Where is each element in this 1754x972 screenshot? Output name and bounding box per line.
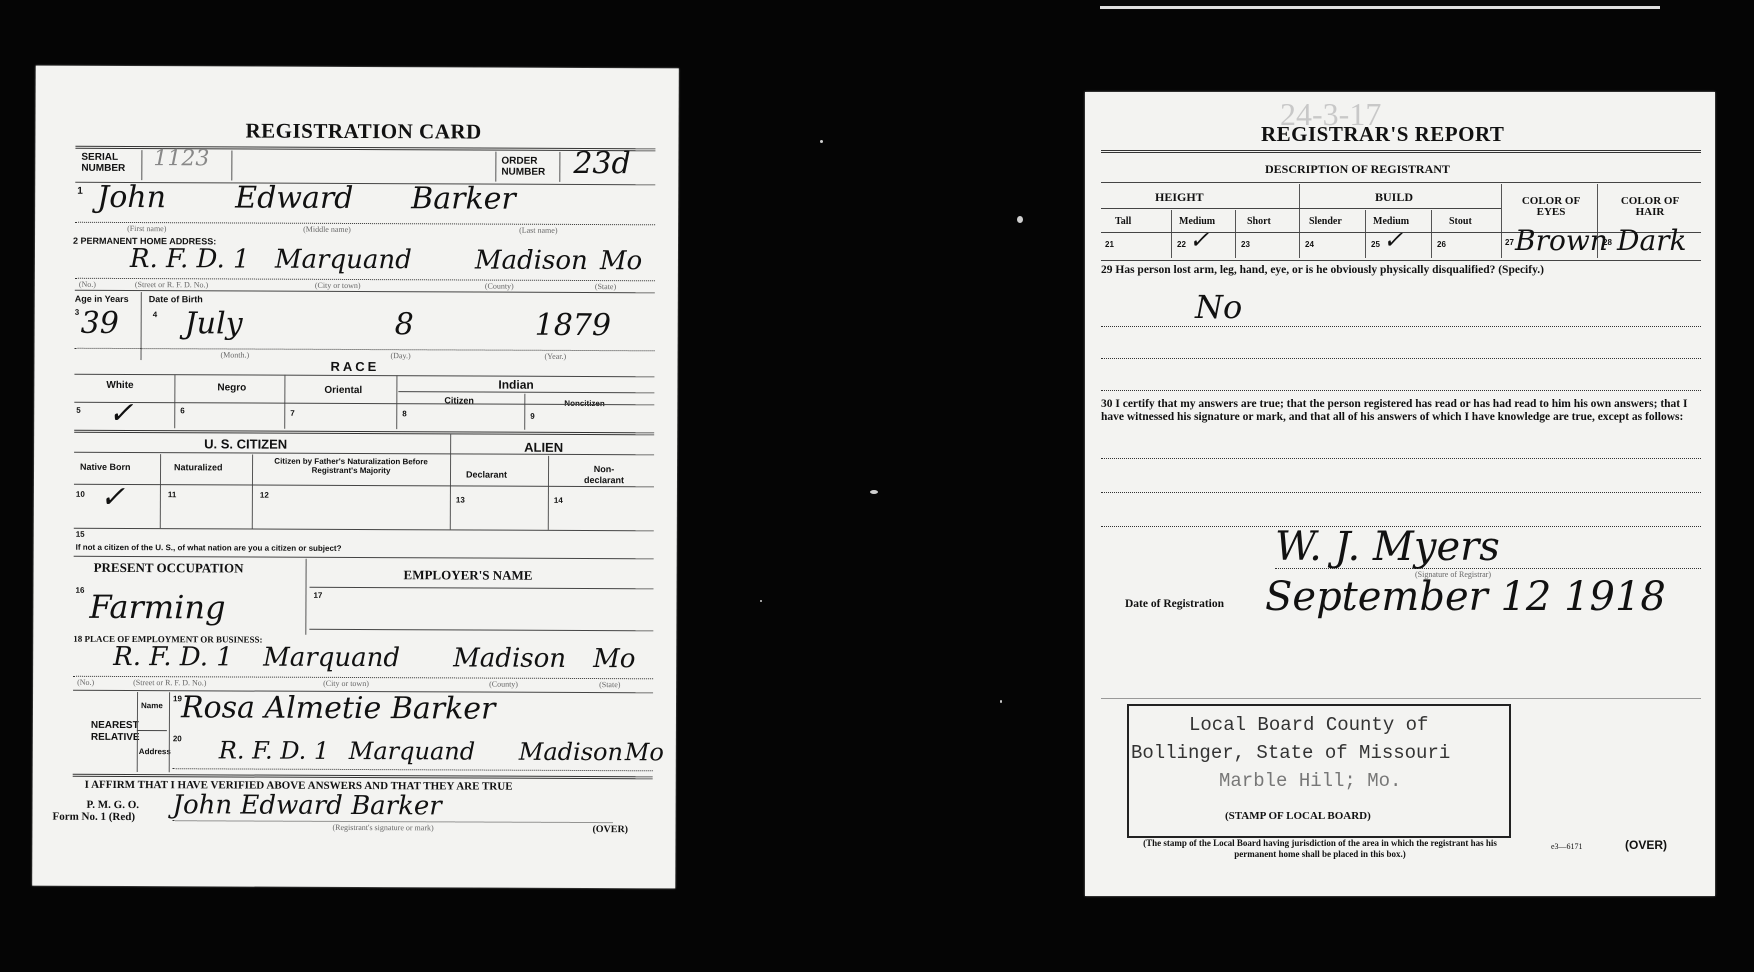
build-slender-label: Slender — [1309, 216, 1342, 227]
local-board-stamp-box: Local Board County of Bollinger, State o… — [1127, 704, 1511, 838]
field-number: 25 — [1371, 240, 1380, 249]
divider — [548, 456, 549, 530]
divider — [173, 768, 653, 771]
field-number: 24 — [1305, 240, 1314, 249]
divider — [398, 391, 654, 393]
field-number: 4 — [153, 310, 157, 319]
stamp-caption: (STAMP OF LOCAL BOARD) — [1225, 810, 1371, 823]
stamp-instructions: (The stamp of the Local Board having jur… — [1125, 838, 1515, 860]
race-white-check: ✓ — [108, 396, 133, 431]
field-number: 10 — [76, 490, 85, 499]
order-number: 23d — [573, 146, 631, 181]
date-of-registration-value: September 12 1918 — [1265, 574, 1666, 620]
height-short-label: Short — [1247, 216, 1271, 227]
scan-edge — [1100, 6, 1660, 9]
divider — [174, 374, 175, 428]
form-code: e3—6171 — [1551, 842, 1583, 851]
field-number: 3 — [75, 308, 79, 317]
divider — [1101, 182, 1701, 183]
scan-speck — [820, 140, 823, 143]
field-number: 1 — [77, 186, 83, 197]
build-heading: BUILD — [1375, 192, 1413, 203]
answer-line — [1101, 458, 1701, 459]
serial-number-label: SERIAL NUMBER — [81, 152, 141, 174]
naturalized-label: Naturalized — [174, 462, 223, 473]
field-number: 15 — [76, 530, 85, 539]
caption: (Street or R. F. D. No.) — [133, 678, 206, 687]
caption: (Middle name) — [303, 225, 351, 234]
race-indian-citizen-label: Citizen — [444, 395, 474, 406]
field-number: 23 — [1241, 240, 1250, 249]
caption: (First name) — [127, 224, 166, 233]
field-number: 22 — [1177, 240, 1186, 249]
middle-name: Edward — [235, 180, 353, 216]
dob-label: Date of Birth — [149, 294, 203, 305]
divider — [169, 692, 170, 772]
serial-number: 1123 — [153, 146, 209, 171]
registrars-report-card: 24-3-17 REGISTRAR'S REPORT DESCRIPTION O… — [1085, 92, 1715, 896]
divider — [1365, 210, 1366, 258]
physical-disqualification-answer: No — [1195, 288, 1242, 326]
caption: (City or town) — [323, 679, 369, 688]
height-heading: HEIGHT — [1155, 192, 1204, 203]
caption: (No.) — [77, 678, 94, 687]
stamp-line-1: Local Board County of — [1189, 714, 1428, 736]
divider — [1101, 208, 1501, 209]
date-of-registration-label: Date of Registration — [1125, 598, 1224, 611]
physical-disqualification-question: 29 Has person lost arm, leg, hand, eye, … — [1101, 264, 1701, 277]
divider — [1431, 210, 1432, 258]
employer-label: EMPLOYER'S NAME — [404, 567, 533, 584]
scan-speck — [870, 490, 878, 494]
registration-card: REGISTRATION CARD SERIAL NUMBER 1123 ORD… — [32, 66, 679, 889]
divider — [137, 692, 138, 772]
relative-street: R. F. D. 1 — [219, 736, 330, 764]
answer-line — [1101, 358, 1701, 359]
divider — [1101, 260, 1701, 261]
nondeclarant-label: Non-declarant — [574, 464, 634, 486]
divider — [524, 394, 525, 430]
field-number: 16 — [75, 586, 84, 595]
caption: (No.) — [79, 280, 96, 289]
answer-line — [1101, 492, 1701, 493]
form-id: P. M. G. O. — [87, 800, 140, 811]
divider — [75, 290, 655, 294]
home-county: Madison — [475, 246, 588, 276]
divider — [284, 375, 285, 429]
divider — [310, 587, 654, 590]
divider — [75, 348, 655, 352]
caption: (Month.) — [221, 350, 250, 359]
employment-county: Madison — [453, 643, 566, 673]
field-number: 5 — [76, 406, 80, 415]
declarant-label: Declarant — [466, 469, 507, 480]
field-number: 20 — [173, 734, 182, 743]
answer-line — [1101, 326, 1701, 327]
home-city: Marquand — [275, 245, 412, 276]
caption: (County) — [485, 282, 514, 291]
us-citizen-heading: U. S. CITIZEN — [204, 436, 287, 451]
divider — [1299, 184, 1300, 258]
eyes-heading: COLOR OF EYES — [1521, 196, 1581, 218]
divider — [305, 559, 306, 635]
race-heading: RACE — [330, 359, 379, 374]
scan-speck — [760, 600, 762, 602]
build-medium-check: ✓ — [1383, 226, 1403, 254]
scan-speck — [1000, 700, 1002, 703]
divider — [396, 375, 397, 429]
divider — [231, 150, 232, 180]
divider — [1101, 150, 1701, 153]
card-title: REGISTRATION CARD — [245, 119, 481, 145]
hair-heading: COLOR OF HAIR — [1615, 196, 1685, 218]
first-name: John — [97, 180, 166, 215]
age-value: 39 — [81, 306, 119, 341]
build-stout-label: Stout — [1449, 216, 1472, 227]
caption: (Last name) — [519, 226, 557, 235]
field-number: 17 — [313, 591, 322, 600]
home-state: Mo — [600, 246, 642, 276]
field-number: 27 — [1505, 238, 1514, 247]
field-number: 28 — [1603, 238, 1612, 247]
over-label: (OVER) — [1625, 840, 1667, 851]
race-negro-label: Negro — [217, 382, 246, 393]
age-label: Age in Years — [75, 294, 129, 305]
field-number: 21 — [1105, 240, 1114, 249]
dob-year: 1879 — [535, 308, 612, 343]
answer-line — [1101, 390, 1701, 391]
citizen-by-father-label: Citizen by Father's Naturalization Befor… — [258, 457, 444, 476]
home-street: R. F. D. 1 — [130, 244, 250, 275]
employment-city: Marquand — [263, 643, 400, 674]
order-number-label: ORDER NUMBER — [501, 156, 555, 178]
field-number: 14 — [554, 496, 563, 505]
divider — [1235, 210, 1236, 258]
divider — [1171, 210, 1172, 258]
form-number: Form No. 1 (Red) — [52, 812, 135, 823]
height-tall-label: Tall — [1115, 216, 1131, 227]
field-number: 7 — [290, 409, 294, 418]
field-number: 26 — [1437, 240, 1446, 249]
dob-day: 8 — [395, 307, 414, 342]
race-indian-label: Indian — [498, 380, 533, 391]
race-oriental-label: Oriental — [324, 385, 362, 396]
signature-line — [1275, 568, 1701, 569]
field-number: 12 — [260, 491, 269, 500]
height-medium-check: ✓ — [1189, 226, 1209, 254]
registrant-signature: John Edward Barker — [173, 790, 442, 821]
nearest-relative-label: NEAREST RELATIVE — [91, 720, 141, 744]
divider — [74, 528, 654, 532]
caption: (Year.) — [545, 352, 567, 361]
native-born-check: ✓ — [100, 480, 125, 515]
over-label: (OVER) — [592, 824, 628, 835]
stamp-line-3: Marble Hill; Mo. — [1219, 770, 1401, 792]
race-white-label: White — [106, 380, 133, 391]
divider — [74, 556, 654, 560]
relative-name: Rosa Almetie Barker — [181, 690, 496, 726]
caption: (County) — [489, 680, 518, 689]
divider — [450, 433, 451, 529]
field-number: 13 — [456, 495, 465, 504]
occupation-label: PRESENT OCCUPATION — [94, 560, 244, 577]
caption: (State) — [599, 680, 620, 689]
divider — [74, 430, 654, 436]
caption: (City or town) — [315, 281, 361, 290]
divider — [137, 730, 167, 731]
stamp-line-2: Bollinger, State of Missouri — [1131, 742, 1450, 764]
caption: (Registrant's signature or mark) — [332, 823, 433, 832]
certification-text: 30 I certify that my answers are true; t… — [1101, 398, 1701, 424]
relative-county: Madison — [519, 738, 623, 766]
divider — [74, 374, 654, 378]
divider — [559, 152, 560, 182]
employment-street: R. F. D. 1 — [113, 642, 233, 673]
field-number: 9 — [530, 412, 534, 421]
field-number: 11 — [168, 490, 177, 499]
report-title: REGISTRAR'S REPORT — [1261, 122, 1504, 147]
divider — [160, 454, 161, 528]
divider — [141, 150, 142, 180]
registrar-signature: W. J. Myers — [1275, 524, 1500, 570]
divider — [1501, 184, 1502, 258]
field-number: 8 — [402, 409, 406, 418]
caption: (State) — [595, 282, 616, 291]
divider — [495, 152, 496, 182]
occupation-value: Farming — [89, 588, 225, 627]
relative-state: Mo — [625, 738, 664, 766]
dob-month: July — [185, 306, 243, 341]
employment-state: Mo — [593, 644, 635, 674]
native-born-label: Native Born — [80, 462, 131, 473]
alien-heading: ALIEN — [524, 440, 563, 455]
relative-city: Marquand — [349, 737, 475, 766]
divider — [309, 629, 653, 632]
description-heading: DESCRIPTION OF REGISTRANT — [1265, 164, 1450, 175]
nationality-question: If not a citizen of the U. S., of what n… — [76, 542, 342, 554]
relative-address-label: Address — [139, 746, 171, 757]
divider — [1101, 698, 1701, 699]
relative-name-label: Name — [141, 700, 163, 711]
hair-color-value: Dark — [1617, 224, 1687, 257]
divider — [252, 455, 253, 529]
caption: (Street or R. F. D. No.) — [135, 280, 208, 289]
last-name: Barker — [411, 181, 516, 216]
caption: (Day.) — [391, 351, 411, 360]
divider — [141, 292, 142, 360]
field-number: 6 — [180, 406, 184, 415]
eye-color-value: Brown — [1515, 224, 1608, 257]
scan-speck — [1017, 216, 1023, 223]
